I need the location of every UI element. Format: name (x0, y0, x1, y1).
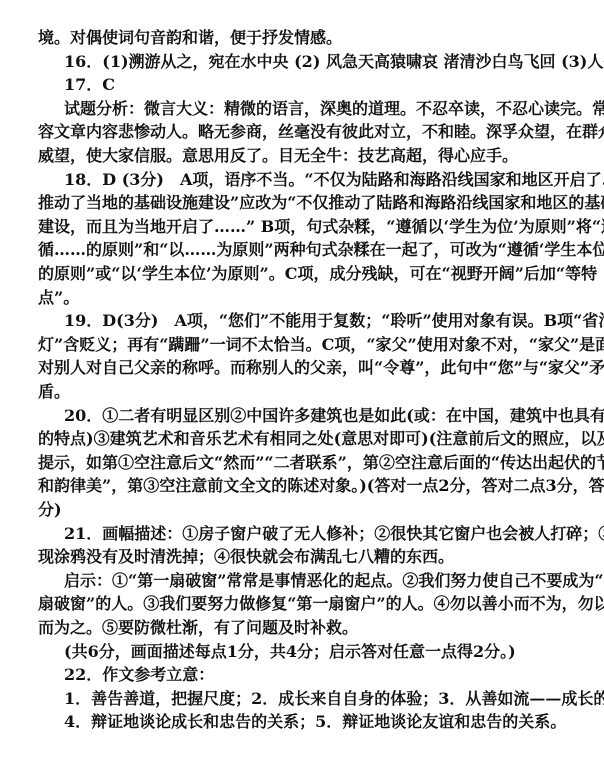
answer-19-line-1: 19．D(3分) A项，“您们”不能用于复数；“聆听”使用对象有误。B项“省油的 (64, 309, 584, 332)
answer-19-line-4: 盾。 (38, 380, 584, 403)
text-line: 境。对偶使词句音韵和谐，便于抒发情感。 (38, 26, 584, 49)
answer-21-line-1: 21．画幅描述：①房子窗户破了无人修补；②很快其它窗户也会被人打碎；③墙上出 (64, 522, 584, 545)
answer-18-line-1: 18．D (3分) A项，语序不当。“不仅为陆路和海路沿线国家和地区开启了……而… (64, 168, 584, 191)
answer-21-insight-line-1: 启示：①“第一扇破窗”常常是事情恶化的起点。②我们努力使自己不要成为“第一 (64, 569, 584, 592)
answer-22-heading: 22．作文参考立意： (64, 663, 584, 686)
answer-21-scoring-note: (共6分，画面描述每点1分，共4分；启示答对任意一点得2分。) (64, 640, 584, 663)
answer-19-line-3: 对别人对自己父亲的称呼。而称别人的父亲，叫“令尊”，此句中“您”与“家父”矛 (38, 356, 584, 379)
answer-20-line-2: 的特点)③建筑艺术和音乐艺术有相同之处(意思对即可)(注意前后文的照应，以及语意… (38, 427, 584, 450)
analysis-17-line-3: 威望，使大家信服。意思用反了。目无全牛：技艺高超，得心应手。 (38, 144, 584, 167)
answer-21-insight-line-3: 而为之。⑤要防微杜渐，有了问题及时补救。 (38, 616, 584, 639)
analysis-17-line-1: 试题分析：微言大义：精微的语言，深奥的道理。不忍卒读，不忍心读完。常用以形 (64, 97, 584, 120)
answer-19-line-2: 灯”含贬义；再有“蹒跚”一词不太恰当。C项，“家父”使用对象不对，“家父”是面 (38, 333, 584, 356)
answer-18-line-2: 推动了当地的基础设施建设”应改为“不仅推动了陆路和海路沿线国家和地区的基础设施 (38, 191, 584, 214)
answer-18-line-6: 点”。 (38, 286, 584, 309)
answer-18-line-5: 的原则”或“以‘学生本位’为原则”。C项，成分残缺，可在“视野开阔”后加“等特 (38, 262, 584, 285)
answer-20-line-5: 分) (38, 498, 584, 521)
answer-18-line-4: 循……的原则”和“以……为原则”两种句式杂糅在一起了，可改为“遵循‘学生本位’ (38, 238, 584, 261)
answer-21-line-2: 现涂鸦没有及时清洗掉；④很快就会布满乱七八糟的东西。 (38, 545, 584, 568)
answer-18-line-3: 建设，而且为当地开启了……” B项，句式杂糅，“遵循以‘学生为位’为原则”将“遵 (38, 215, 584, 238)
answer-20-line-4: 和韵律美”，第③空注意前文全文的陈述对象。)(答对一点2分，答对二点3分，答对三… (38, 474, 584, 497)
answer-key-page: 境。对偶使词句音韵和谐，便于抒发情感。 16．(1)溯游从之，宛在水中央 (2)… (0, 0, 604, 778)
answer-20-line-1: 20．①二者有明显区别②中国许多建筑也是如此(或：在中国，建筑中也具有音乐美 (64, 404, 584, 427)
answer-22-themes-line-2: 4．辩证地谈论成长和忠告的关系；5．辩证地谈论友谊和忠告的关系。 (64, 710, 584, 733)
answer-17: 17．C (64, 73, 584, 96)
analysis-17-line-2: 容文章内容悲惨动人。略无参商，丝毫没有彼此对立，不和睦。深孚众望，在群众中享有 (38, 120, 584, 143)
answer-22-themes-line-1: 1．善告善道，把握尺度；2．成长来自自身的体验；3．从善如流——成长的捷径； (64, 687, 584, 710)
answer-21-insight-line-2: 扇破窗”的人。③我们要努力做修复“第一扇窗户”的人。④勿以善小而不为，勿以恶小 (38, 592, 584, 615)
answer-20-line-3: 提示，如第①空注意后文“然而”“二者联系”，第②空注意后面的“传达出起伏的节奏 (38, 451, 584, 474)
answer-16: 16．(1)溯游从之，宛在水中央 (2) 风急天高猿啸哀 渚清沙白鸟飞回 (3)… (64, 50, 584, 73)
